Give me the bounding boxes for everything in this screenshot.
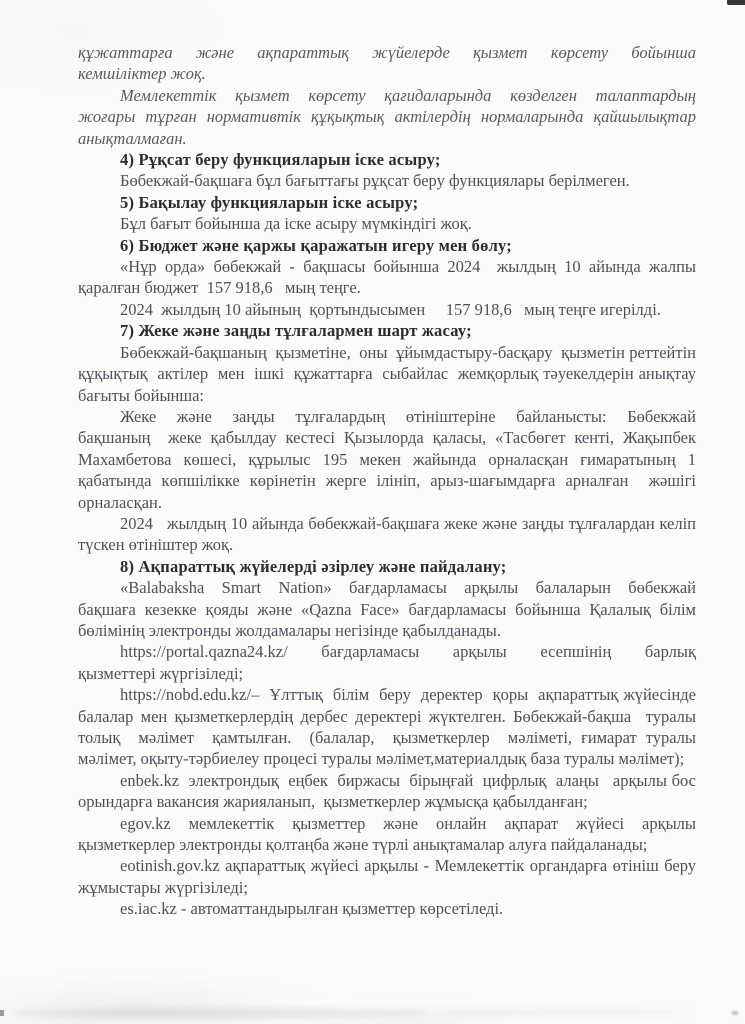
section7-intro-paragraph: Бөбекжай-бақшаның қызметіне, оны ұйымдас…: [78, 342, 696, 406]
section8-balabaksha-paragraph: «Balabaksha Smart Nation» бағдарламасы а…: [78, 577, 696, 641]
scan-smudge-bottom-right: [430, 1009, 690, 1016]
section4-heading: 4) Рұқсат беру функцияларын іске асыру;: [78, 149, 696, 170]
section8-heading: 8) Ақпараттық жүйелерді әзірлеу және пай…: [78, 556, 696, 577]
portal-qazna-paragraph: https://portal.qazna24.kz/ бағдарламасы …: [78, 641, 696, 684]
section5-heading: 5) Бақылау функцияларын іске асыру;: [78, 192, 696, 213]
document-body: құжаттарға және ақпараттық жүйелерде қыз…: [78, 42, 696, 920]
section5-body-paragraph: Бұл бағыт бойынша да іске асыру мүмкінді…: [78, 213, 696, 234]
section7-heading: 7) Жеке және заңды тұлғалармен шарт жаса…: [78, 320, 696, 341]
section4-body-paragraph: Бөбекжай-бақшаға бұл бағыттағы рұқсат бе…: [78, 170, 696, 191]
section6-result-paragraph: 2024 жылдың 10 айының қортындысымен 157 …: [78, 299, 696, 320]
continuation-paragraph: құжаттарға және ақпараттық жүйелерде қыз…: [78, 42, 696, 85]
egov-paragraph: egov.kz мемлекеттік қызметтер және онлай…: [78, 813, 696, 856]
scan-smudge-bottom-left: [10, 1008, 430, 1018]
eotinish-paragraph: eotinish.gov.kz ақпараттық жүйесі арқылы…: [78, 855, 696, 898]
enbek-paragraph: enbek.kz электрондық еңбек биржасы бірың…: [78, 770, 696, 813]
scanned-document-page: құжаттарға және ақпараттық жүйелерде қыз…: [0, 0, 745, 1024]
esiac-paragraph: es.iac.kz - автоматтандырылған қызметтер…: [78, 898, 696, 919]
section7-no-requests-paragraph: 2024 жылдың 10 айында бөбекжай-бақшаға ж…: [78, 513, 696, 556]
scan-artifact-top-right: [727, 0, 745, 5]
scan-speck-bottom-left: [0, 1010, 4, 1016]
section7-address-paragraph: Жеке және заңды тұлғалардың өтініштеріне…: [78, 406, 696, 513]
section6-budget-paragraph: «Нұр орда» бөбекжай - бақшасы бойынша 20…: [78, 256, 696, 299]
nobd-paragraph: https://nobd.edu.kz/– Ұлттық білім беру …: [78, 684, 696, 770]
no-violations-paragraph: Мемлекеттік қызмет көрсету қағидаларында…: [78, 85, 696, 149]
section6-heading: 6) Бюджет және қаржы қаражатын игеру мен…: [78, 235, 696, 256]
scan-speck-bottom-right: [732, 1011, 738, 1015]
